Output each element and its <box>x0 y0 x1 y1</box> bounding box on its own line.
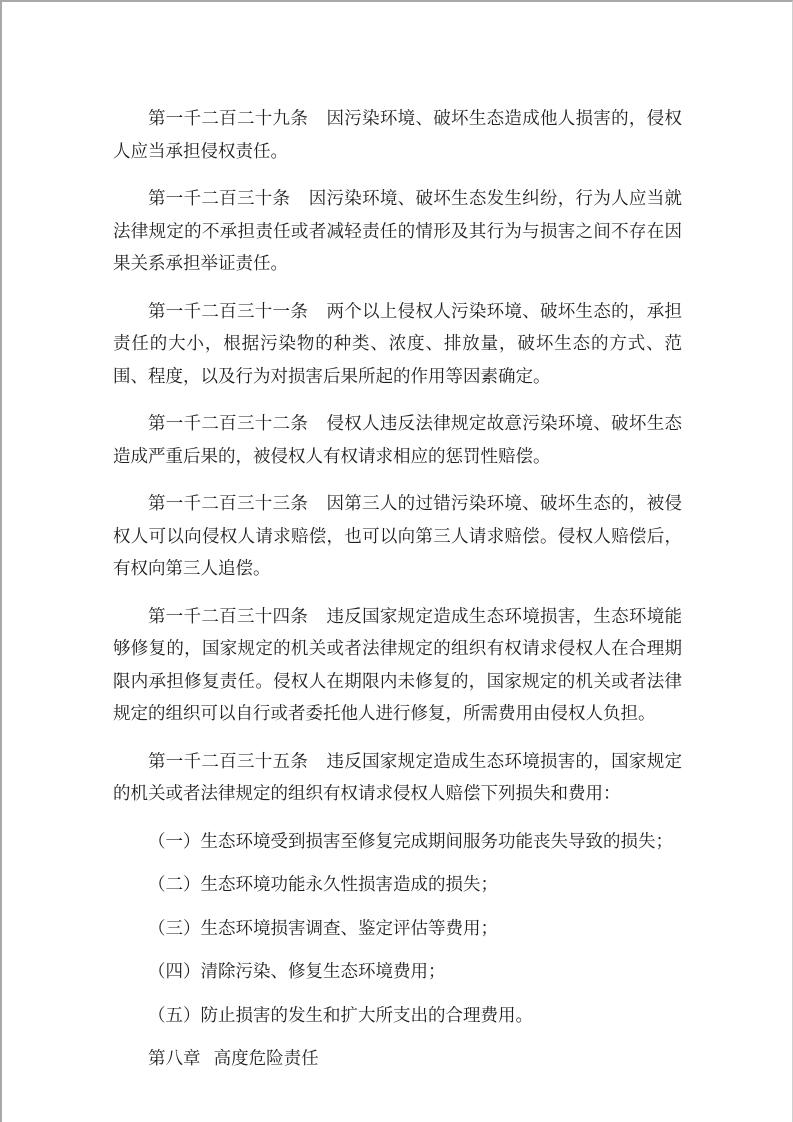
list-text: 生态环境功能永久性损害造成的损失； <box>201 874 499 894</box>
list-text: 防止损害的发生和扩大所支出的合理费用。 <box>201 1005 534 1025</box>
article-number: 第一千二百三十二条 <box>148 413 308 433</box>
article-paragraph: 第一千二百三十二条侵权人违反法律规定故意污染环境、破坏生态造成严重后果的，被侵权… <box>113 407 682 472</box>
article-number: 第一千二百三十条 <box>148 188 290 208</box>
article-number: 第一千二百三十四条 <box>148 606 308 626</box>
list-item: （四）清除污染、修复生态环境费用； <box>113 955 682 988</box>
list-marker: （一） <box>148 831 201 851</box>
article-paragraph: 第一千二百三十一条两个以上侵权人污染环境、破坏生态的，承担责任的大小，根据污染物… <box>113 295 682 393</box>
list-marker: （五） <box>148 1005 201 1025</box>
article-paragraph: 第一千二百二十九条因污染环境、破坏生态造成他人损害的，侵权人应当承担侵权责任。 <box>113 102 682 167</box>
list-text: 清除污染、修复生态环境费用； <box>201 961 446 981</box>
list-item: （五）防止损害的发生和扩大所支出的合理费用。 <box>113 999 682 1032</box>
list-marker: （三） <box>148 918 201 938</box>
article-number: 第一千二百三十三条 <box>148 493 308 513</box>
list-marker: （四） <box>148 961 201 981</box>
list-item: （一）生态环境受到损害至修复完成期间服务功能丧失导致的损失； <box>113 825 682 858</box>
list-text: 生态环境受到损害至修复完成期间服务功能丧失导致的损失； <box>201 831 674 851</box>
list-item: （三）生态环境损害调查、鉴定评估等费用； <box>113 912 682 945</box>
article-paragraph: 第一千二百三十四条违反国家规定造成生态环境损害，生态环境能够修复的，国家规定的机… <box>113 600 682 730</box>
article-number: 第一千二百二十九条 <box>148 108 308 128</box>
document-page: 第一千二百二十九条因污染环境、破坏生态造成他人损害的，侵权人应当承担侵权责任。 … <box>0 0 793 1122</box>
list-marker: （二） <box>148 874 201 894</box>
document-content: 第一千二百二十九条因污染环境、破坏生态造成他人损害的，侵权人应当承担侵权责任。 … <box>2 2 792 1075</box>
list-item: （二）生态环境功能永久性损害造成的损失； <box>113 868 682 901</box>
article-number: 第一千二百三十五条 <box>148 751 308 771</box>
article-number: 第一千二百三十一条 <box>148 301 308 321</box>
list-text: 生态环境损害调查、鉴定评估等费用； <box>201 918 499 938</box>
chapter-title: 高度危险责任 <box>214 1048 319 1068</box>
chapter-heading: 第八章高度危险责任 <box>113 1042 682 1075</box>
article-paragraph: 第一千二百三十五条违反国家规定造成生态环境损害的，国家规定的机关或者法律规定的组… <box>113 745 682 810</box>
article-paragraph: 第一千二百三十条因污染环境、破坏生态发生纠纷，行为人应当就法律规定的不承担责任或… <box>113 182 682 280</box>
article-paragraph: 第一千二百三十三条因第三人的过错污染环境、破坏生态的，被侵权人可以向侵权人请求赔… <box>113 487 682 585</box>
chapter-number: 第八章 <box>148 1048 201 1068</box>
